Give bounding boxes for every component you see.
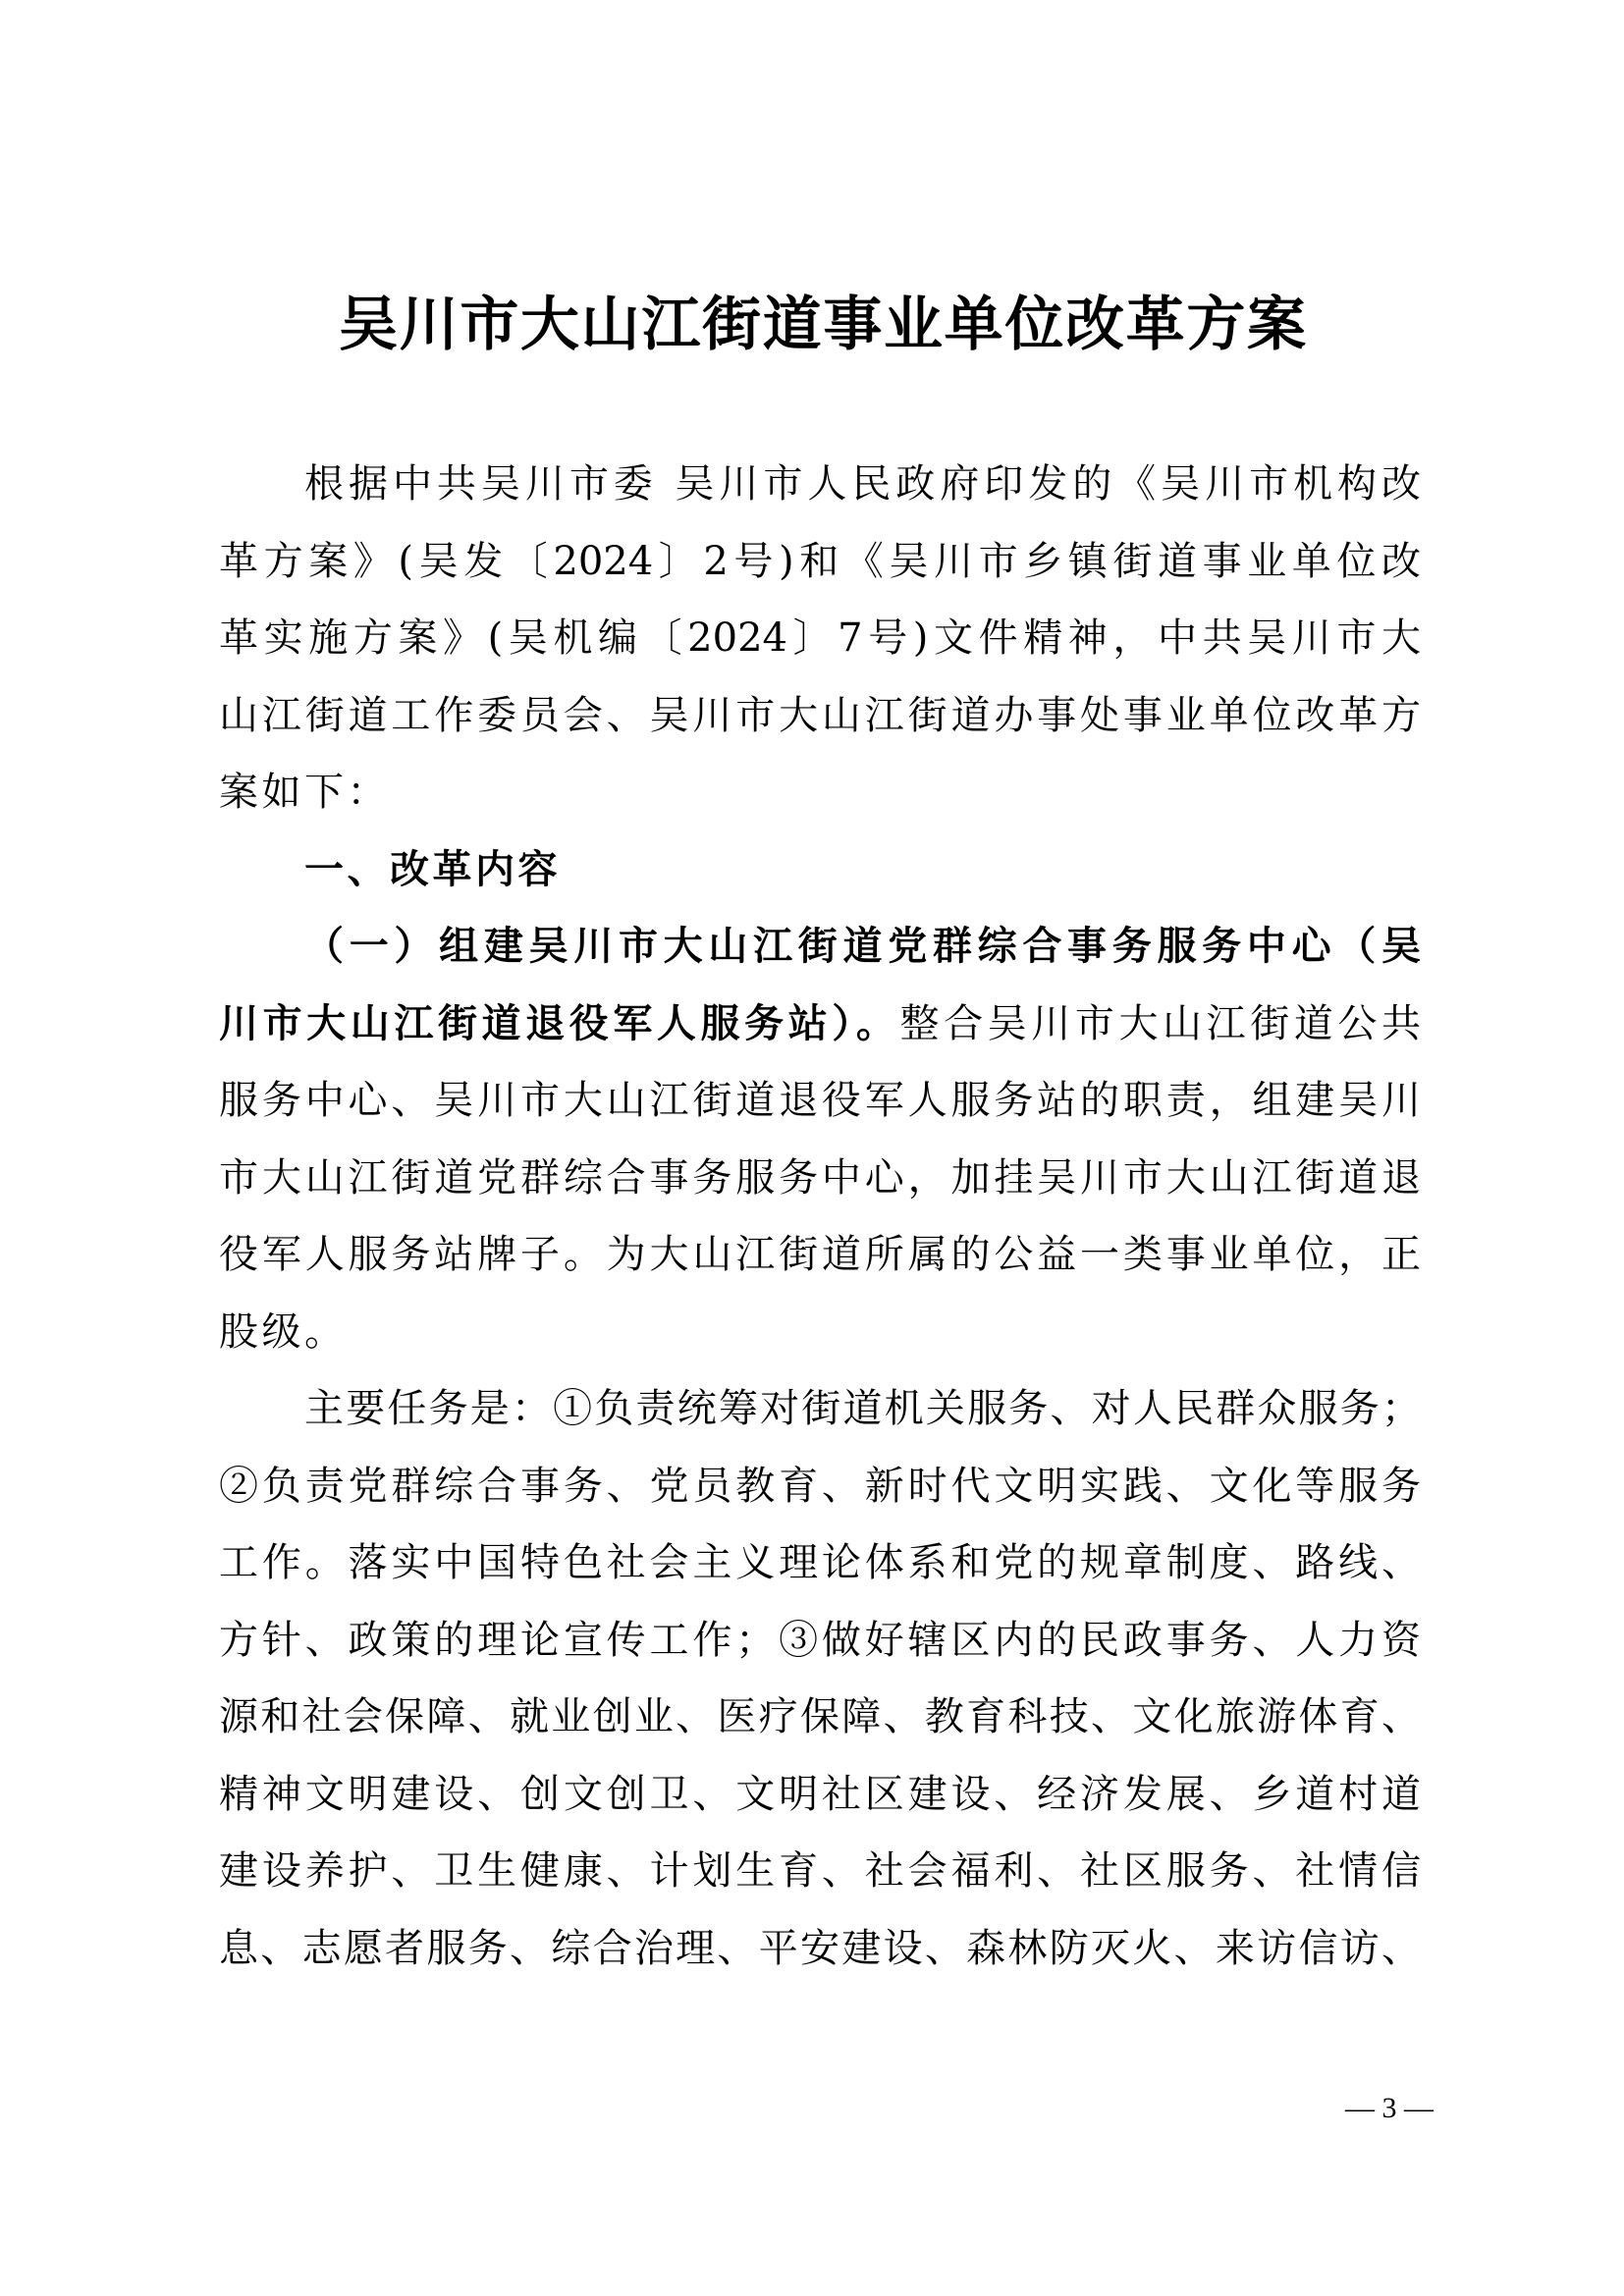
- paragraph-line: 川市大山江街道退役军人服务站）。整合吴川市大山江街道公共: [219, 999, 1421, 1048]
- paragraph-line: 役军人服务站牌子。为大山江街道所属的公益一类事业单位，正: [219, 1230, 1421, 1279]
- paragraph-text: 整合吴川市大山江街道公共: [899, 1001, 1421, 1046]
- paragraph-line: 革方案》(吴发〔2024〕2号)和《吴川市乡镇街道事业单位改: [219, 537, 1421, 586]
- paragraph-line: 革实施方案》(吴机编〔2024〕7号)文件精神，中共吴川市大: [219, 614, 1421, 663]
- paragraph-line: 建设养护、卫生健康、计划生育、社会福利、社区服务、社情信: [219, 1846, 1421, 1896]
- section-heading: 一、改革内容: [304, 845, 1421, 894]
- paragraph-line: 市大山江街道党群综合事务服务中心，加挂吴川市大山江街道退: [219, 1153, 1421, 1202]
- paragraph-line: 主要任务是：①负责统筹对街道机关服务、对人民群众服务；: [304, 1384, 1421, 1433]
- paragraph-line: 方针、政策的理论宣传工作；③做好辖区内的民政事务、人力资: [219, 1616, 1421, 1665]
- paragraph-line: 山江街道工作委员会、吴川市大山江街道办事处事业单位改革方: [219, 691, 1421, 740]
- paragraph-line: 根据中共吴川市委 吴川市人民政府印发的《吴川市机构改: [304, 459, 1421, 508]
- paragraph-line: ②负责党群综合事务、党员教育、新时代文明实践、文化等服务: [219, 1462, 1421, 1511]
- page-number: — 3 —: [1345, 2089, 1434, 2128]
- document-page: 吴川市大山江街道事业单位改革方案 根据中共吴川市委 吴川市人民政府印发的《吴川市…: [0, 0, 1624, 2296]
- paragraph-line: 息、志愿者服务、综合治理、平安建设、森林防灭火、来访信访、: [219, 1924, 1421, 1973]
- paragraph-line: 源和社会保障、就业创业、医疗保障、教育科技、文化旅游体育、: [219, 1692, 1421, 1741]
- subsection-heading: （一）组建吴川市大山江街道党群综合事务服务中心（吴: [304, 922, 1421, 971]
- paragraph-line: 工作。落实中国特色社会主义理论体系和党的规章制度、路线、: [219, 1538, 1421, 1587]
- paragraph-line: 案如下：: [219, 768, 1421, 817]
- subsection-heading-continued: 川市大山江街道退役军人服务站）。: [219, 1000, 899, 1046]
- document-title: 吴川市大山江街道事业单位改革方案: [339, 291, 1306, 359]
- paragraph-line: 精神文明建设、创文创卫、文明社区建设、经济发展、乡道村道: [219, 1770, 1421, 1819]
- paragraph-line: 服务中心、吴川市大山江街道退役军人服务站的职责，组建吴川: [219, 1076, 1421, 1125]
- paragraph-line: 股级。: [219, 1308, 1421, 1357]
